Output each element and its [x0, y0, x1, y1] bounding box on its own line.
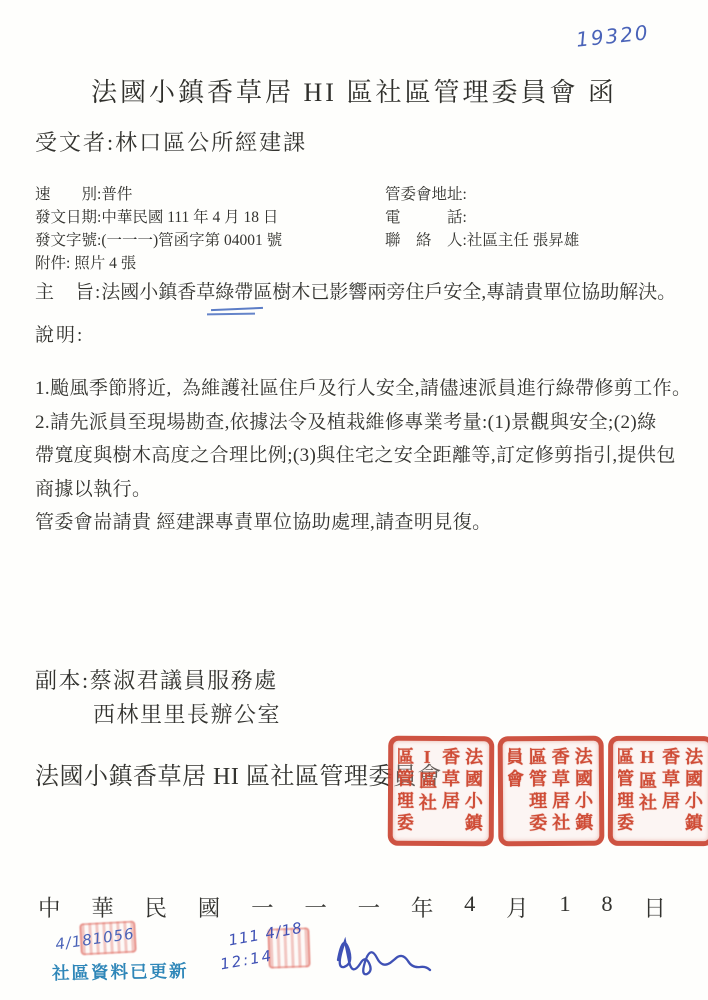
seal-text: 法國小鎮香草居I區社區管理委員會	[398, 747, 484, 835]
meta-right-column: 管委會地址: 電 話: 聯 絡 人:社區主任 張昇雄	[385, 183, 579, 252]
red-seal-stamp-1: 法國小鎮香草居I區社區管理委員會	[388, 736, 495, 847]
subject-text-post: 區樹木已影響兩旁住戶安全,專請貴單位協助解決。	[253, 282, 676, 303]
handwritten-corner-number: 19320	[575, 20, 651, 52]
body-line-5: 管委會耑請貴 經建課專責單位協助處理,請查明見復。	[35, 506, 695, 540]
meta-label: 電 話:	[385, 209, 467, 226]
document-title: 法國小鎮香草居 HI 區社區管理委員會 函	[0, 72, 708, 109]
meta-left-column: 速 別:普件 發文日期:中華民國 111 年 4 月 18 日 發文字號:(一一…	[35, 183, 282, 275]
meta-label: 發文字號:	[35, 232, 101, 249]
meta-label: 管委會地址:	[385, 186, 467, 203]
body-line-3: 帶寬度與樹木高度之合理比例;(3)與住宅之安全距離等,訂定修剪指引,提供包	[35, 439, 695, 473]
red-seal-stamp-2: 法國小鎮香草居社區管理委員會	[498, 736, 605, 847]
meta-contact-row: 聯 絡 人:社區主任 張昇雄	[385, 229, 579, 252]
meta-attachment-row: 附件: 照片 4 張	[35, 252, 282, 275]
meta-date-row: 發文日期:中華民國 111 年 4 月 18 日	[35, 206, 282, 229]
recipient-line: 受文者:林口區公所經建課	[35, 126, 307, 157]
meta-value: 社區主任 張昇雄	[467, 232, 579, 249]
cc-block: 副本:蔡淑君議員服務處 西林里里長辦公室	[35, 664, 281, 732]
seal-text: 法國小鎮香草居H區社區管理委員會	[618, 747, 704, 835]
meta-speed-row: 速 別:普件	[35, 183, 282, 206]
scanned-official-letter: 19320 法國小鎮香草居 HI 區社區管理委員會 函 受文者:林口區公所經建課…	[0, 0, 708, 1000]
explanation-label: 說明:	[35, 320, 84, 347]
meta-address-row: 管委會地址:	[385, 183, 579, 206]
cc-line-2: 西林里里長辦公室	[35, 698, 281, 732]
subject-text-pre: 法國小鎮香草	[101, 282, 215, 303]
body-text: 1.颱風季節將近, 為維護社區住戶及行人安全,請儘速派員進行綠帶修剪工作。 2.…	[35, 372, 695, 540]
meta-phone-row: 電 話:	[385, 206, 579, 229]
meta-value: 照片 4 張	[70, 255, 136, 272]
meta-label: 附件:	[35, 255, 70, 272]
meta-value: (一一一)管函字第 04001 號	[101, 232, 282, 249]
subject-line: 主 旨:法國小鎮香草綠帶區樹木已影響兩旁住戶安全,專請貴單位協助解決。	[35, 281, 695, 305]
body-line-2: 2.請先派員至現場勘查,依據法令及植栽維修專業考量:(1)景觀與安全;(2)綠	[35, 406, 695, 440]
handwritten-update-note: 社區資料已更新	[52, 958, 189, 985]
subject-label: 主 旨:	[35, 282, 101, 303]
signature-scribble	[328, 918, 443, 988]
seal-text: 法國小鎮香草居社區管理委員會	[508, 747, 595, 836]
meta-label: 速 別:	[35, 186, 101, 203]
cc-line-1: 副本:蔡淑君議員服務處	[35, 664, 281, 698]
subject-text-underlined: 綠帶	[215, 281, 253, 305]
meta-value: 中華民國 111 年 4 月 18 日	[101, 209, 278, 226]
handwritten-received-time: 12:14	[219, 947, 275, 974]
meta-label: 聯 絡 人:	[385, 232, 467, 249]
meta-label: 發文日期:	[35, 209, 101, 226]
meta-refno-row: 發文字號:(一一一)管函字第 04001 號	[35, 229, 282, 252]
body-line-4: 商據以執行。	[35, 473, 695, 507]
body-line-1: 1.颱風季節將近, 為維護社區住戶及行人安全,請儘速派員進行綠帶修剪工作。	[35, 372, 695, 406]
meta-value: 普件	[101, 186, 132, 203]
issuer-name-line: 法國小鎮香草居 HI 區社區管理委員會	[35, 756, 442, 791]
red-seal-stamp-3: 法國小鎮香草居H區社區管理委員會	[608, 736, 708, 846]
